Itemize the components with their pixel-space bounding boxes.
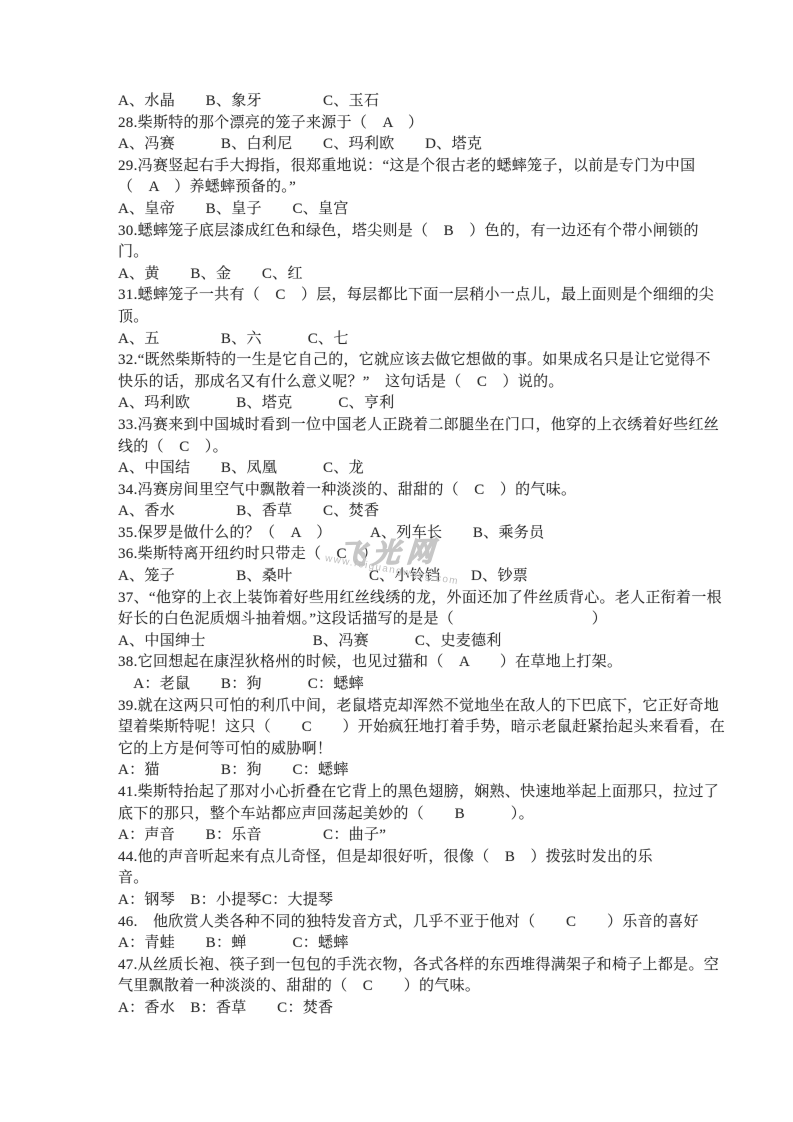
text-line-3: A、冯赛 B、白利尼 C、玛利欧 D、塔克 bbox=[118, 134, 698, 156]
text-line-19: 34.冯赛房间里空气中飘散着一种淡淡的、甜甜的（ C ）的气味。 bbox=[118, 480, 698, 502]
text-line-5: （ A ）养蟋蟀预备的。” bbox=[118, 177, 698, 199]
text-line-16: 33.冯赛来到中国城时看到一位中国老人正跷着二郎腿坐在门口，他穿的上衣绣着好些红… bbox=[118, 415, 698, 437]
document-page: A、水晶 B、象牙 C、玉石28.柴斯特的那个漂亮的笼子来源于（ A ）A、冯赛… bbox=[0, 0, 793, 1122]
text-line-32: A：猫 B：狗 C：蟋蟀 bbox=[118, 760, 698, 782]
text-line-39: 46. 他欣赏人类各种不同的独特发音方式，几乎不亚于他对（ C ）乐音的喜好 bbox=[118, 912, 698, 934]
text-line-17: 线的（ C ）。 bbox=[118, 437, 698, 459]
text-line-26: A、中国绅士 B、冯赛 C、史麦德利 bbox=[118, 631, 698, 653]
text-line-12: A、五 B、六 C、七 bbox=[118, 329, 698, 351]
text-line-34: 底下的那只，整个车站都应声回荡起美妙的（ B ）。 bbox=[118, 804, 698, 826]
text-line-36: 44.他的声音听起来有点儿奇怪，但是却很好听，很像（ B ）拨弦时发出的乐 bbox=[118, 847, 698, 869]
text-line-31: 它的上方是何等可怕的威胁啊！ bbox=[118, 739, 698, 761]
text-line-37: 音。 bbox=[118, 868, 698, 890]
text-line-22: 36.柴斯特离开纽约时只带走（ C ） bbox=[118, 544, 698, 566]
text-line-38: A：钢琴 B：小提琴C：大提琴 bbox=[118, 890, 698, 912]
text-line-28: A：老鼠 B：狗 C：蟋蟀 bbox=[118, 674, 698, 696]
text-line-6: A、皇帝 B、皇子 C、皇宫 bbox=[118, 199, 698, 221]
text-line-14: 快乐的话，那成名又有什么意义呢？” 这句话是（ C ）说的。 bbox=[118, 372, 698, 394]
text-line-10: 31.蟋蟀笼子一共有（ C ）层，每层都比下面一层稍小一点儿，最上面则是个细细的… bbox=[118, 285, 698, 307]
text-line-1: A、水晶 B、象牙 C、玉石 bbox=[118, 91, 698, 113]
text-line-29: 39.就在这两只可怕的利爪中间，老鼠塔克却浑然不觉地坐在敌人的下巴底下，它正好奇… bbox=[118, 696, 698, 718]
text-line-25: 好长的白色泥质烟斗抽着烟。”这段话描写的是是（ ） bbox=[118, 609, 698, 631]
text-line-8: 门。 bbox=[118, 242, 698, 264]
text-line-13: 32.“既然柴斯特的一生是它自己的，它就应该去做它想做的事。如果成名只是让它觉得… bbox=[118, 350, 698, 372]
quiz-text-block: A、水晶 B、象牙 C、玉石28.柴斯特的那个漂亮的笼子来源于（ A ）A、冯赛… bbox=[118, 91, 698, 1020]
text-line-9: A、黄 B、金 C、红 bbox=[118, 264, 698, 286]
text-line-7: 30.蟋蟀笼子底层漆成红色和绿色，塔尖则是（ B ）色的，有一边还有个带小闸锁的 bbox=[118, 221, 698, 243]
text-line-18: A、中国结 B、凤凰 C、龙 bbox=[118, 458, 698, 480]
text-line-35: A：声音 B：乐音 C：曲子” bbox=[118, 825, 698, 847]
text-line-11: 顶。 bbox=[118, 307, 698, 329]
text-line-21: 35.保罗是做什么的？（ A ） A、列车长 B、乘务员 bbox=[118, 523, 698, 545]
text-line-30: 望着柴斯特呢！这只（ C ）开始疯狂地打着手势，暗示老鼠赶紧抬起头来看看，在 bbox=[118, 717, 698, 739]
text-line-40: A：青蛙 B：蝉 C：蟋蟀 bbox=[118, 933, 698, 955]
text-line-42: 气里飘散着一种淡淡的、甜甜的（ C ）的气味。 bbox=[118, 976, 698, 998]
text-line-33: 41.柴斯特抬起了那对小心折叠在它背上的黑色翅膀，娴熟、快速地举起上面那只，拉过… bbox=[118, 782, 698, 804]
text-line-4: 29.冯赛竖起右手大拇指，很郑重地说：“这是个很古老的蟋蟀笼子，以前是专门为中国 bbox=[118, 156, 698, 178]
text-line-43: A：香水 B：香草 C：焚香 bbox=[118, 998, 698, 1020]
text-line-27: 38.它回想起在康涅狄格州的时候，也见过猫和（ A ）在草地上打架。 bbox=[118, 652, 698, 674]
text-line-15: A、玛利欧 B、塔克 C、亨利 bbox=[118, 393, 698, 415]
text-line-20: A、香水 B、香草 C、焚香 bbox=[118, 501, 698, 523]
text-line-41: 47.从丝质长袍、筷子到一包包的手洗衣物，各式各样的东西堆得满架子和椅子上都是。… bbox=[118, 955, 698, 977]
text-line-2: 28.柴斯特的那个漂亮的笼子来源于（ A ） bbox=[118, 113, 698, 135]
text-line-24: 37、“他穿的上衣上装饰着好些用红丝线绣的龙，外面还加了件丝质背心。老人正衔着一… bbox=[118, 588, 698, 610]
text-line-23: A、笼子 B、桑叶 C、小铃铛 D、钞票 bbox=[118, 566, 698, 588]
